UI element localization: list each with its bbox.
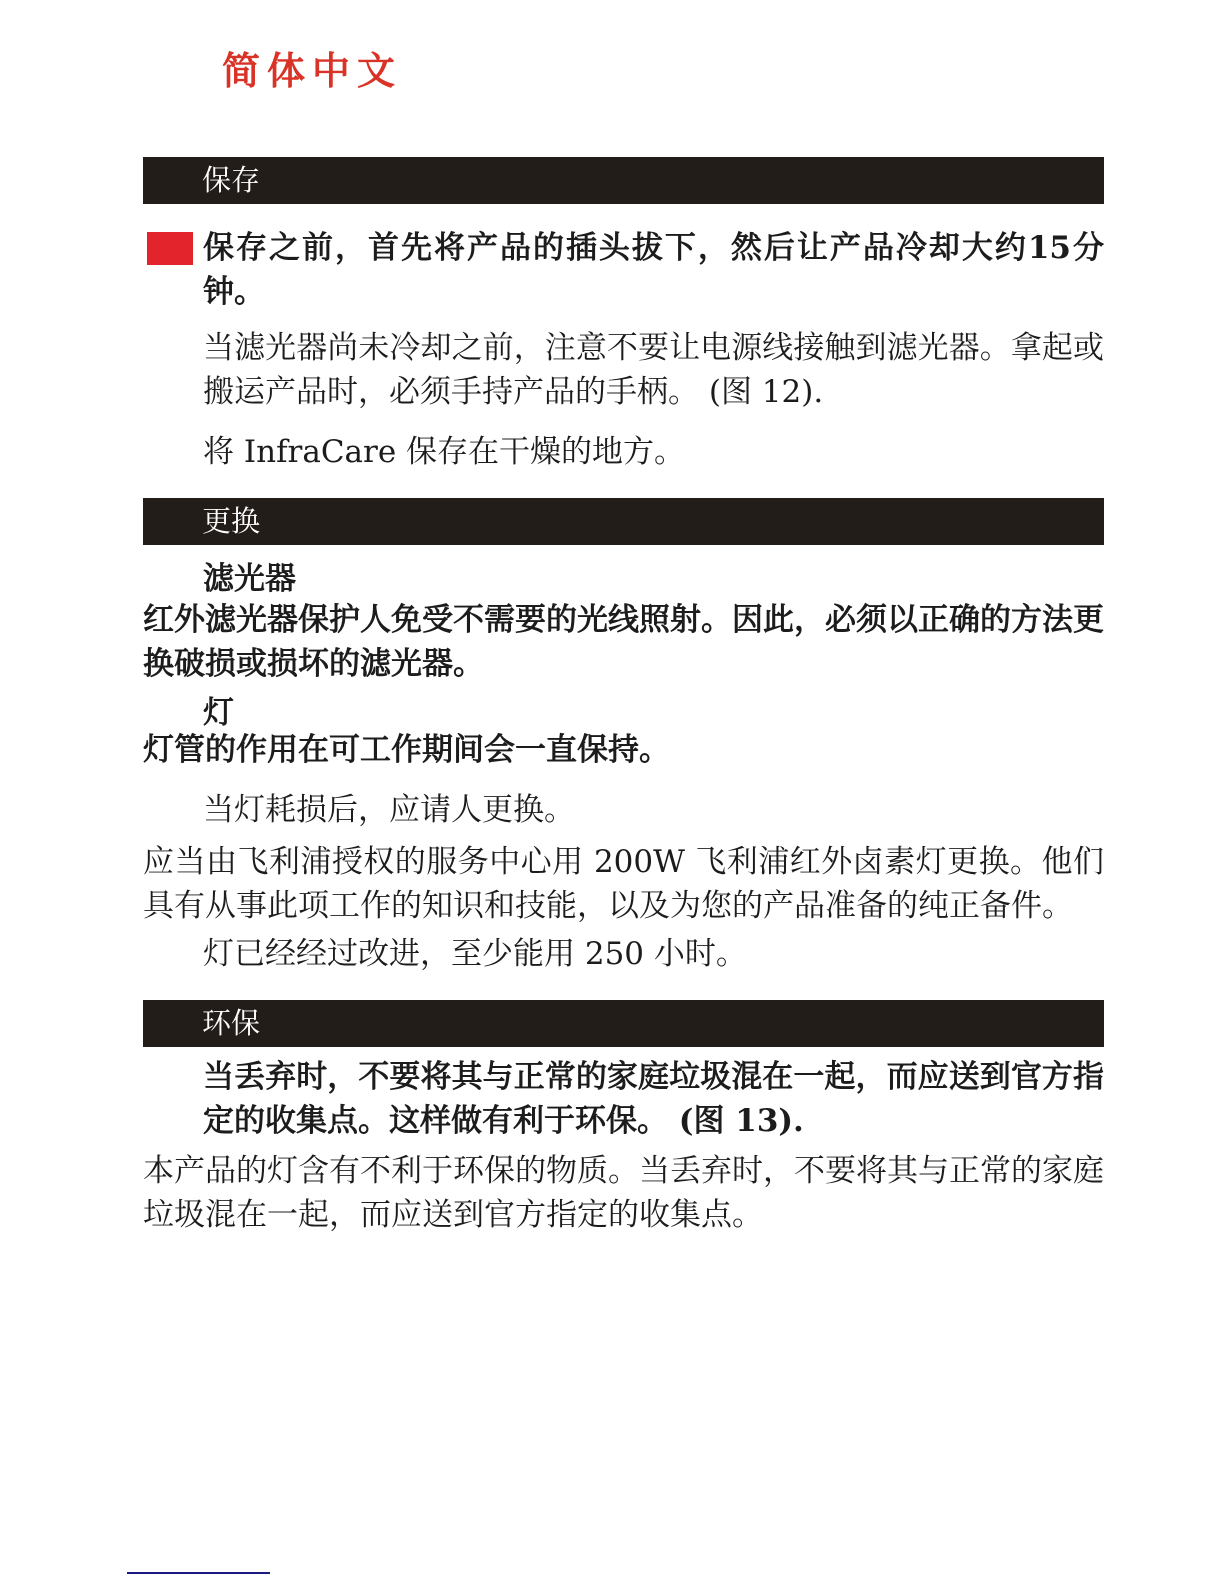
filter-body-paragraph: 红外滤光器保护人免受不需要的光线照射。因此，必须以正确的方法更换破损或损坏的滤光… [143,598,1104,686]
storage-warning-text: 保存之前，首先将产品的插头拔下，然后让产品冷却大约15分钟。 [203,230,1104,310]
language-title: 简体中文 [222,40,402,95]
page-content: 保存 保存之前，首先将产品的插头拔下，然后让产品冷却大约15分钟。 当滤光器尚未… [143,157,1104,1237]
lamp-wear-note: 当灯耗损后，应请人更换。 [143,788,1104,832]
environment-disposal-note: 当丢弃时，不要将其与正常的家庭垃圾混在一起，而应送到官方指定的收集点。这样做有利… [143,1055,1104,1143]
footer-rule [127,1572,270,1574]
storage-dry-place-note: 将 InfraCare 保存在干燥的地方。 [143,430,1104,474]
section-header-environment: 环保 [143,1000,1104,1047]
lamp-lifetime-note: 灯已经经过改进，至少能用 250 小时。 [143,932,1104,976]
lamp-body-paragraph: 灯管的作用在可工作期间会一直保持。 [143,728,1104,772]
section-header-storage: 保存 [143,157,1104,204]
filter-subheading: 滤光器 [143,558,1104,600]
environment-lamp-materials: 本产品的灯含有不利于环保的物质。当丢弃时，不要将其与正常的家庭垃圾混在一起，而应… [143,1149,1104,1237]
manual-page: 简体中文 保存 保存之前，首先将产品的插头拔下，然后让产品冷却大约15分钟。 当… [0,0,1224,1584]
warning-square-icon [147,232,193,265]
section-header-replacement: 更换 [143,498,1104,545]
storage-cooling-note: 当滤光器尚未冷却之前，注意不要让电源线接触到滤光器。拿起或搬运产品时，必须手持产… [143,326,1104,414]
lamp-service-paragraph: 应当由飞利浦授权的服务中心用 200W 飞利浦红外卤素灯更换。他们具有从事此项工… [143,840,1104,928]
storage-warning-paragraph: 保存之前，首先将产品的插头拔下，然后让产品冷却大约15分钟。 [143,226,1104,314]
